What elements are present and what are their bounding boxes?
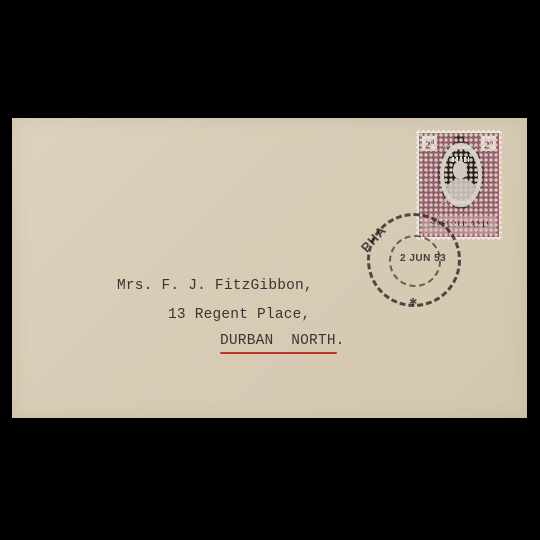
postmark: PHA 2 JUN 53 ✱ <box>367 213 467 313</box>
portrait-face <box>453 161 467 179</box>
stamp-caption-bottom: 2ND JUNE 1953 <box>419 199 499 204</box>
address-recipient: Mrs. F. J. FitzGibbon, <box>117 278 313 294</box>
postmark-date: 2 JUN 53 <box>400 253 446 264</box>
tiara-icon <box>452 157 469 162</box>
postmark-star-icon: ✱ <box>409 297 417 308</box>
portrait-shoulders <box>446 179 476 201</box>
queen-portrait-icon <box>444 149 478 201</box>
stamp-caption-top: CORONATION <box>419 144 499 149</box>
envelope: Mrs. F. J. FitzGibbon, 13 Regent Place, … <box>12 118 527 418</box>
address-street: 13 Regent Place, <box>168 307 310 323</box>
city-underline <box>220 352 337 354</box>
address-city: DURBAN NORTH. <box>220 333 345 349</box>
